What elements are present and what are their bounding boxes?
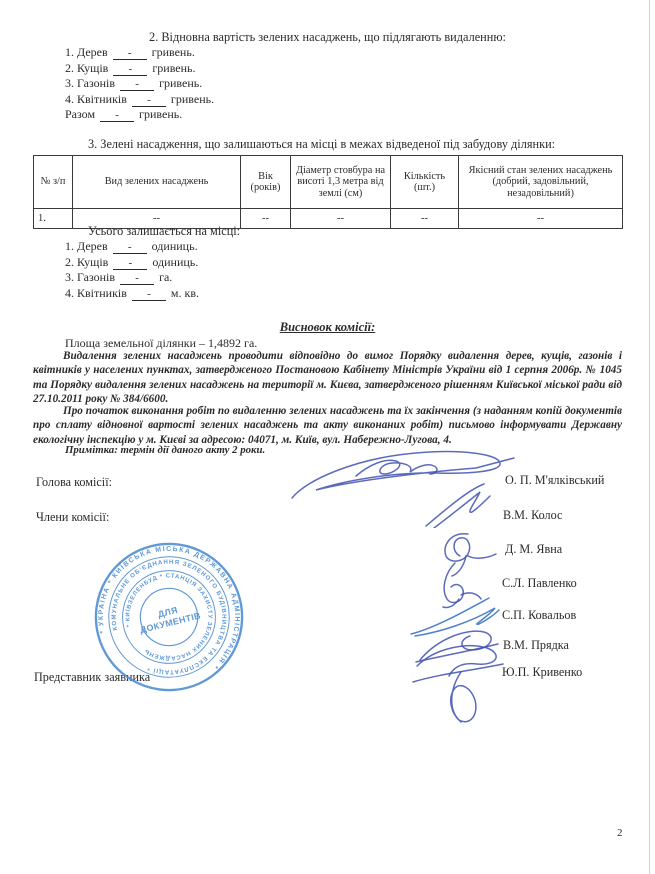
list-item: 4. Квітників-гривень. xyxy=(65,92,214,108)
cell-diameter: -- xyxy=(291,209,391,229)
blank-field: - xyxy=(132,95,166,107)
col-header-number: № з/п xyxy=(34,156,73,209)
member-name: С.Л. Павленко xyxy=(502,576,577,591)
col-header-quantity: Кількість (шт.) xyxy=(391,156,459,209)
item-label: 3. Газонів xyxy=(65,270,115,284)
conclusion-title: Висновок комісії: xyxy=(0,320,655,335)
item-unit: одиниць. xyxy=(152,255,198,269)
item-label: 1. Дерев xyxy=(65,239,108,253)
remaining-summary-title: Усього залишається на місці: xyxy=(88,224,240,239)
item-label: 3. Газонів xyxy=(65,76,115,90)
member-name: С.П. Ковальов xyxy=(502,608,576,623)
item-label: 2. Кущів xyxy=(65,255,108,269)
item-label: 4. Квітників xyxy=(65,92,127,106)
blank-field: - xyxy=(113,242,147,254)
head-name: О. П. М'ялківський xyxy=(505,473,604,488)
col-header-condition: Якісний стан зелених насаджень (добрий, … xyxy=(459,156,623,209)
col-header-type: Вид зелених насаджень xyxy=(73,156,241,209)
blank-field: - xyxy=(120,273,154,285)
blank-field: - xyxy=(132,289,166,301)
list-item: 1. Дерев-одиниць. xyxy=(65,239,199,255)
blank-field: - xyxy=(120,79,154,91)
blank-field: - xyxy=(100,110,134,122)
item-unit: гривень. xyxy=(171,92,214,106)
item-unit: га. xyxy=(159,270,172,284)
member-name: Д. М. Явна xyxy=(505,542,562,557)
cell-number: 1. xyxy=(34,209,73,229)
cost-list: 1. Дерев-гривень. 2. Кущів-гривень. 3. Г… xyxy=(65,45,214,123)
conclusion-note: Примітка: термін дії даного акту 2 роки. xyxy=(65,444,265,456)
item-label: Разом xyxy=(65,107,95,121)
blank-field: - xyxy=(113,258,147,270)
remaining-list: 1. Дерев-одиниць. 2. Кущів-одиниць. 3. Г… xyxy=(65,239,199,301)
item-unit: гривень. xyxy=(152,45,195,59)
section-remaining-title: 3. Зелені насадження, що залишаються на … xyxy=(88,137,555,152)
item-unit: м. кв. xyxy=(171,286,199,300)
commission-members-label: Члени комісії: xyxy=(36,510,109,525)
col-header-diameter: Діаметр стовбура на висоті 1,3 метра від… xyxy=(291,156,391,209)
signature-kolos xyxy=(420,480,505,528)
item-label: 1. Дерев xyxy=(65,45,108,59)
list-item: 3. Газонів-гривень. xyxy=(65,76,214,92)
cell-condition: -- xyxy=(459,209,623,229)
list-item: 4. Квітників-м. кв. xyxy=(65,286,199,302)
plantings-table: № з/п Вид зелених насаджень Вік (років) … xyxy=(33,155,623,229)
list-item: 2. Кущів-гривень. xyxy=(65,61,214,77)
item-unit: гривень. xyxy=(139,107,182,121)
cell-quantity: -- xyxy=(391,209,459,229)
member-name: В.М. Колос xyxy=(503,508,562,523)
item-label: 2. Кущів xyxy=(65,61,108,75)
conclusion-paragraph-inform: Про початок виконання робіт по видаленню… xyxy=(33,404,622,447)
item-unit: гривень. xyxy=(159,76,202,90)
table-header-row: № з/п Вид зелених насаджень Вік (років) … xyxy=(34,156,623,209)
blank-field: - xyxy=(113,48,147,60)
list-item: 3. Газонів-га. xyxy=(65,270,199,286)
head-of-commission-label: Голова комісії: xyxy=(36,475,112,490)
signature-kryvenko xyxy=(405,638,515,730)
cell-age: -- xyxy=(241,209,291,229)
list-item: 1. Дерев-гривень. xyxy=(65,45,214,61)
col-header-age: Вік (років) xyxy=(241,156,291,209)
blank-field: - xyxy=(113,64,147,76)
page-number: 2 xyxy=(617,827,623,839)
conclusion-paragraph-order: Видалення зелених насаджень проводити ві… xyxy=(33,349,622,407)
item-unit: гривень. xyxy=(152,61,195,75)
document-page: 2. Відновна вартість зелених насаджень, … xyxy=(0,0,655,874)
item-label: 4. Квітників xyxy=(65,286,127,300)
list-item: 2. Кущів-одиниць. xyxy=(65,255,199,271)
item-unit: одиниць. xyxy=(152,239,198,253)
section-cost-title: 2. Відновна вартість зелених насаджень, … xyxy=(0,30,655,45)
list-item-total: Разом-гривень. xyxy=(65,107,214,123)
scan-edge-artifact xyxy=(649,0,650,874)
